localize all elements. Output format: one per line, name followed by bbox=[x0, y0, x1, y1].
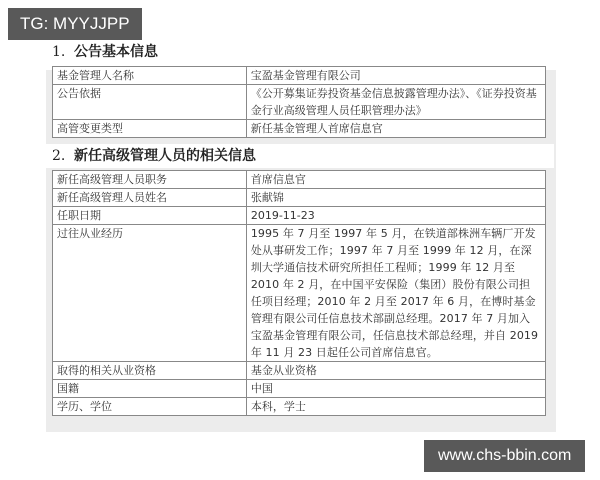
row-value: 《公开募集证券投资基金信息披露管理办法》、《证券投资基金行业高级管理人员任职管理… bbox=[246, 85, 545, 120]
section-1-number: 1. bbox=[52, 40, 74, 64]
row-value: 张献锦 bbox=[246, 189, 545, 207]
row-value: 本科，学士 bbox=[246, 398, 545, 416]
table-row: 新任高级管理人员职务 首席信息官 bbox=[53, 171, 546, 189]
row-value: 新任基金管理人首席信息官 bbox=[246, 120, 545, 138]
watermark-bottom: www.chs-bbin.com bbox=[424, 440, 585, 472]
row-value: 首席信息官 bbox=[246, 171, 545, 189]
row-label: 取得的相关从业资格 bbox=[53, 362, 247, 380]
row-value: 2019-11-23 bbox=[246, 207, 545, 225]
table-row: 取得的相关从业资格 基金从业资格 bbox=[53, 362, 546, 380]
watermark-top: TG: MYYJJPP bbox=[8, 8, 142, 40]
table-row: 公告依据 《公开募集证券投资基金信息披露管理办法》、《证券投资基金行业高级管理人… bbox=[53, 85, 546, 120]
section-1-heading: 1.公告基本信息 bbox=[40, 40, 554, 64]
executive-info-table: 新任高级管理人员职务 首席信息官 新任高级管理人员姓名 张献锦 任职日期 201… bbox=[52, 170, 546, 416]
row-label: 任职日期 bbox=[53, 207, 247, 225]
career-history-value: 1995 年 7 月至 1997 年 5 月，在铁道部株洲车辆厂开发处从事研发工… bbox=[246, 225, 545, 362]
row-label: 国籍 bbox=[53, 380, 247, 398]
row-value: 中国 bbox=[246, 380, 545, 398]
table-row: 过往从业经历 1995 年 7 月至 1997 年 5 月，在铁道部株洲车辆厂开… bbox=[53, 225, 546, 362]
row-label: 学历、学位 bbox=[53, 398, 247, 416]
section-1-title: 公告基本信息 bbox=[74, 44, 158, 60]
table-row: 学历、学位 本科，学士 bbox=[53, 398, 546, 416]
row-label: 高管变更类型 bbox=[53, 120, 247, 138]
table-row: 高管变更类型 新任基金管理人首席信息官 bbox=[53, 120, 546, 138]
row-label: 过往从业经历 bbox=[53, 225, 247, 362]
announcement-document: 1.公告基本信息 基金管理人名称 宝盈基金管理有限公司 公告依据 《公开募集证券… bbox=[40, 40, 554, 416]
section-2-title: 新任高级管理人员的相关信息 bbox=[74, 148, 256, 164]
row-value: 基金从业资格 bbox=[246, 362, 545, 380]
row-label: 新任高级管理人员职务 bbox=[53, 171, 247, 189]
section-2-heading: 2.新任高级管理人员的相关信息 bbox=[40, 144, 554, 168]
table-row: 新任高级管理人员姓名 张献锦 bbox=[53, 189, 546, 207]
basic-info-table: 基金管理人名称 宝盈基金管理有限公司 公告依据 《公开募集证券投资基金信息披露管… bbox=[52, 66, 546, 138]
table-row: 任职日期 2019-11-23 bbox=[53, 207, 546, 225]
row-label: 新任高级管理人员姓名 bbox=[53, 189, 247, 207]
section-2-number: 2. bbox=[52, 144, 74, 168]
table-row: 基金管理人名称 宝盈基金管理有限公司 bbox=[53, 67, 546, 85]
row-label: 基金管理人名称 bbox=[53, 67, 247, 85]
table-row: 国籍 中国 bbox=[53, 380, 546, 398]
row-label: 公告依据 bbox=[53, 85, 247, 120]
row-value: 宝盈基金管理有限公司 bbox=[246, 67, 545, 85]
